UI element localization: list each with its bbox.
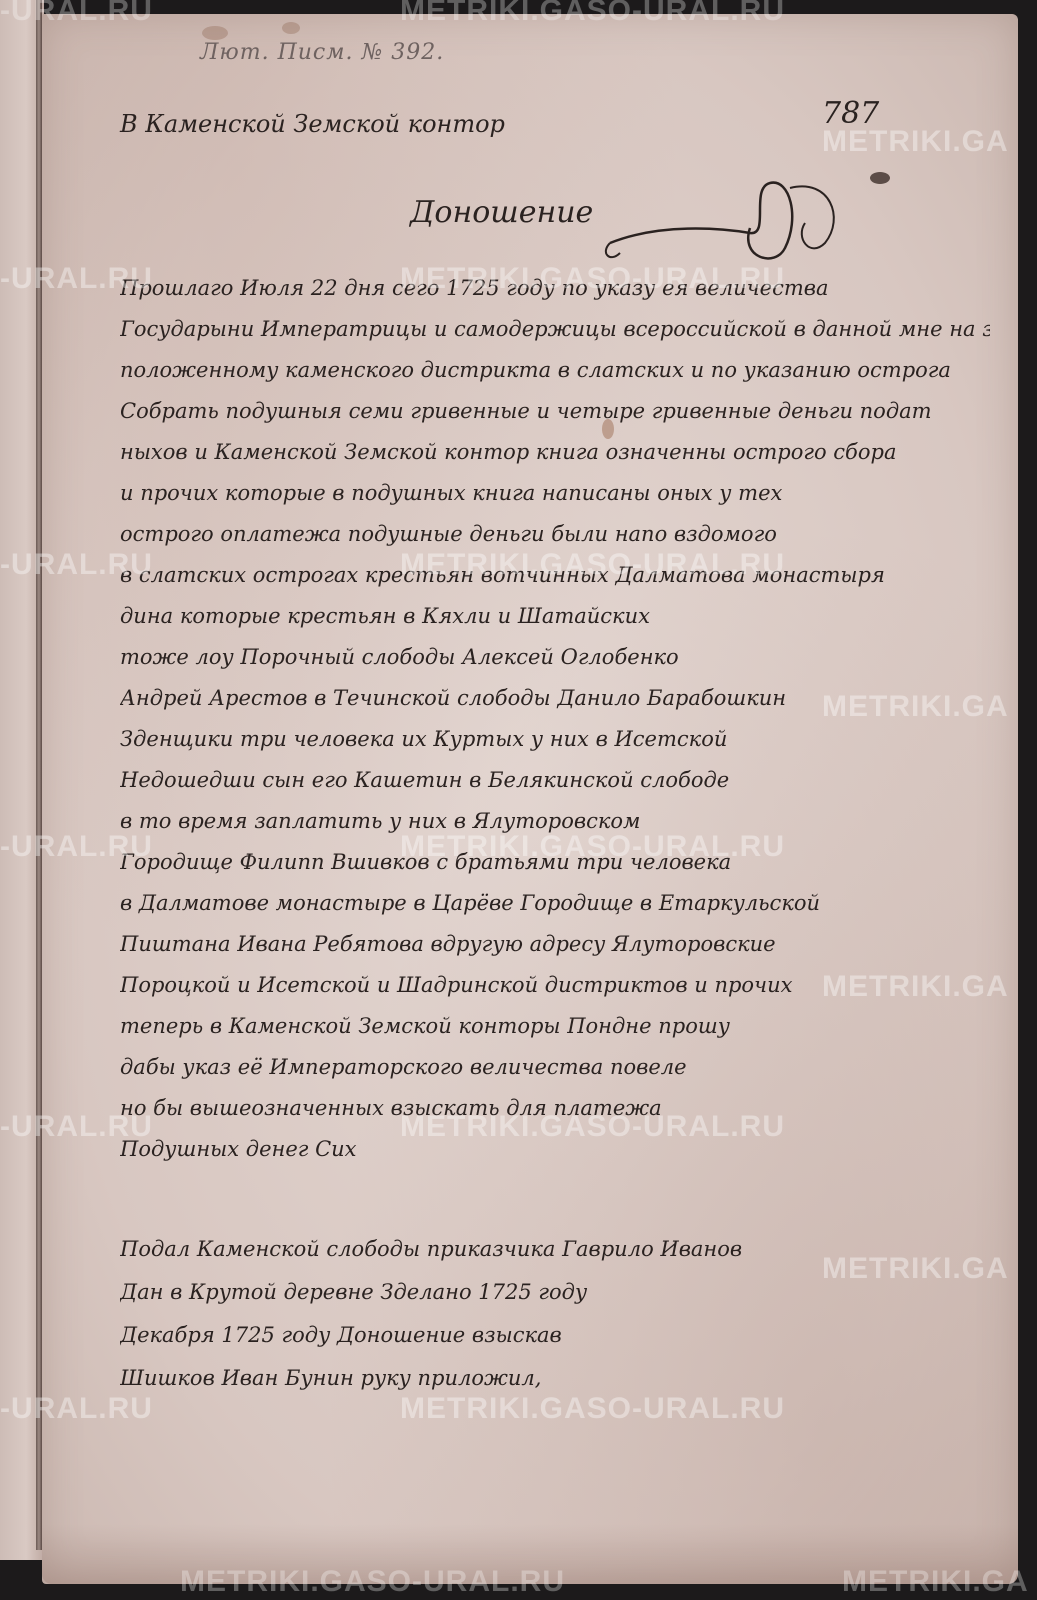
watermark: METRIKI.GASO-URAL.RU — [400, 0, 785, 28]
watermark: METRIKI.GASO-URAL.RU — [180, 1565, 565, 1599]
body-line: тоже лоу Порочный слободы Алексей Оглобе… — [120, 637, 990, 678]
watermark: METRIKI.GA — [822, 1252, 1009, 1286]
addressee-heading: В Каменской Земской контор — [120, 110, 505, 138]
body-line: дабы указ её Императорского величества п… — [120, 1047, 990, 1088]
body-line: дина которые крестьян в Кяхли и Шатайски… — [120, 596, 990, 637]
ink-stain — [282, 22, 300, 34]
watermark: METRIKI.GA — [822, 690, 1009, 724]
watermark: METRIKI.GA — [822, 125, 1009, 159]
body-line: теперь в Каменской Земской конторы Пондн… — [120, 1006, 990, 1047]
watermark: METRIKI.GASO-URAL.RU — [400, 548, 785, 582]
body-line: Зденщики три человека их Куртых у них в … — [120, 719, 990, 760]
watermark: METRIKI.GASO-URAL.RU — [400, 1392, 785, 1426]
body-line: Недошедши сын его Кашетин в Белякинской … — [120, 760, 990, 801]
watermark: -URAL.RU — [0, 1110, 153, 1144]
watermark: -URAL.RU — [0, 0, 153, 28]
body-line: Государыни Императрицы и самодержицы все… — [120, 309, 990, 350]
watermark: -URAL.RU — [0, 548, 153, 582]
closing-line: Декабря 1725 году Доношение взыскав — [120, 1314, 990, 1357]
ink-stain — [202, 26, 228, 40]
watermark: METRIKI.GASO-URAL.RU — [400, 262, 785, 296]
body-line: положенному каменского дистрикта в слатс… — [120, 350, 990, 391]
watermark: METRIKI.GASO-URAL.RU — [400, 1110, 785, 1144]
ink-blot — [870, 172, 890, 184]
watermark: -URAL.RU — [0, 262, 153, 296]
document-title: Доношение — [410, 195, 593, 230]
watermark: METRIKI.GA — [842, 1565, 1029, 1599]
watermark: METRIKI.GASO-URAL.RU — [400, 830, 785, 864]
body-line: Пиштана Ивана Ребятова вдругую адресу Ял… — [120, 924, 990, 965]
archive-note: Лют. Писм. № 392. — [200, 40, 444, 65]
watermark: METRIKI.GA — [822, 970, 1009, 1004]
watermark: -URAL.RU — [0, 1392, 153, 1426]
body-line: ныхов и Каменской Земской контор книга о… — [120, 432, 990, 473]
body-line: в Далматове монастыре в Царёве Городище … — [120, 883, 990, 924]
watermark: -URAL.RU — [0, 830, 153, 864]
body-line: Собрать подушныя семи гривенные и четыре… — [120, 391, 990, 432]
document-scan: Лют. Писм. № 392. В Каменской Земской ко… — [0, 0, 1037, 1600]
body-line: и прочих которые в подушных книга написа… — [120, 473, 990, 514]
